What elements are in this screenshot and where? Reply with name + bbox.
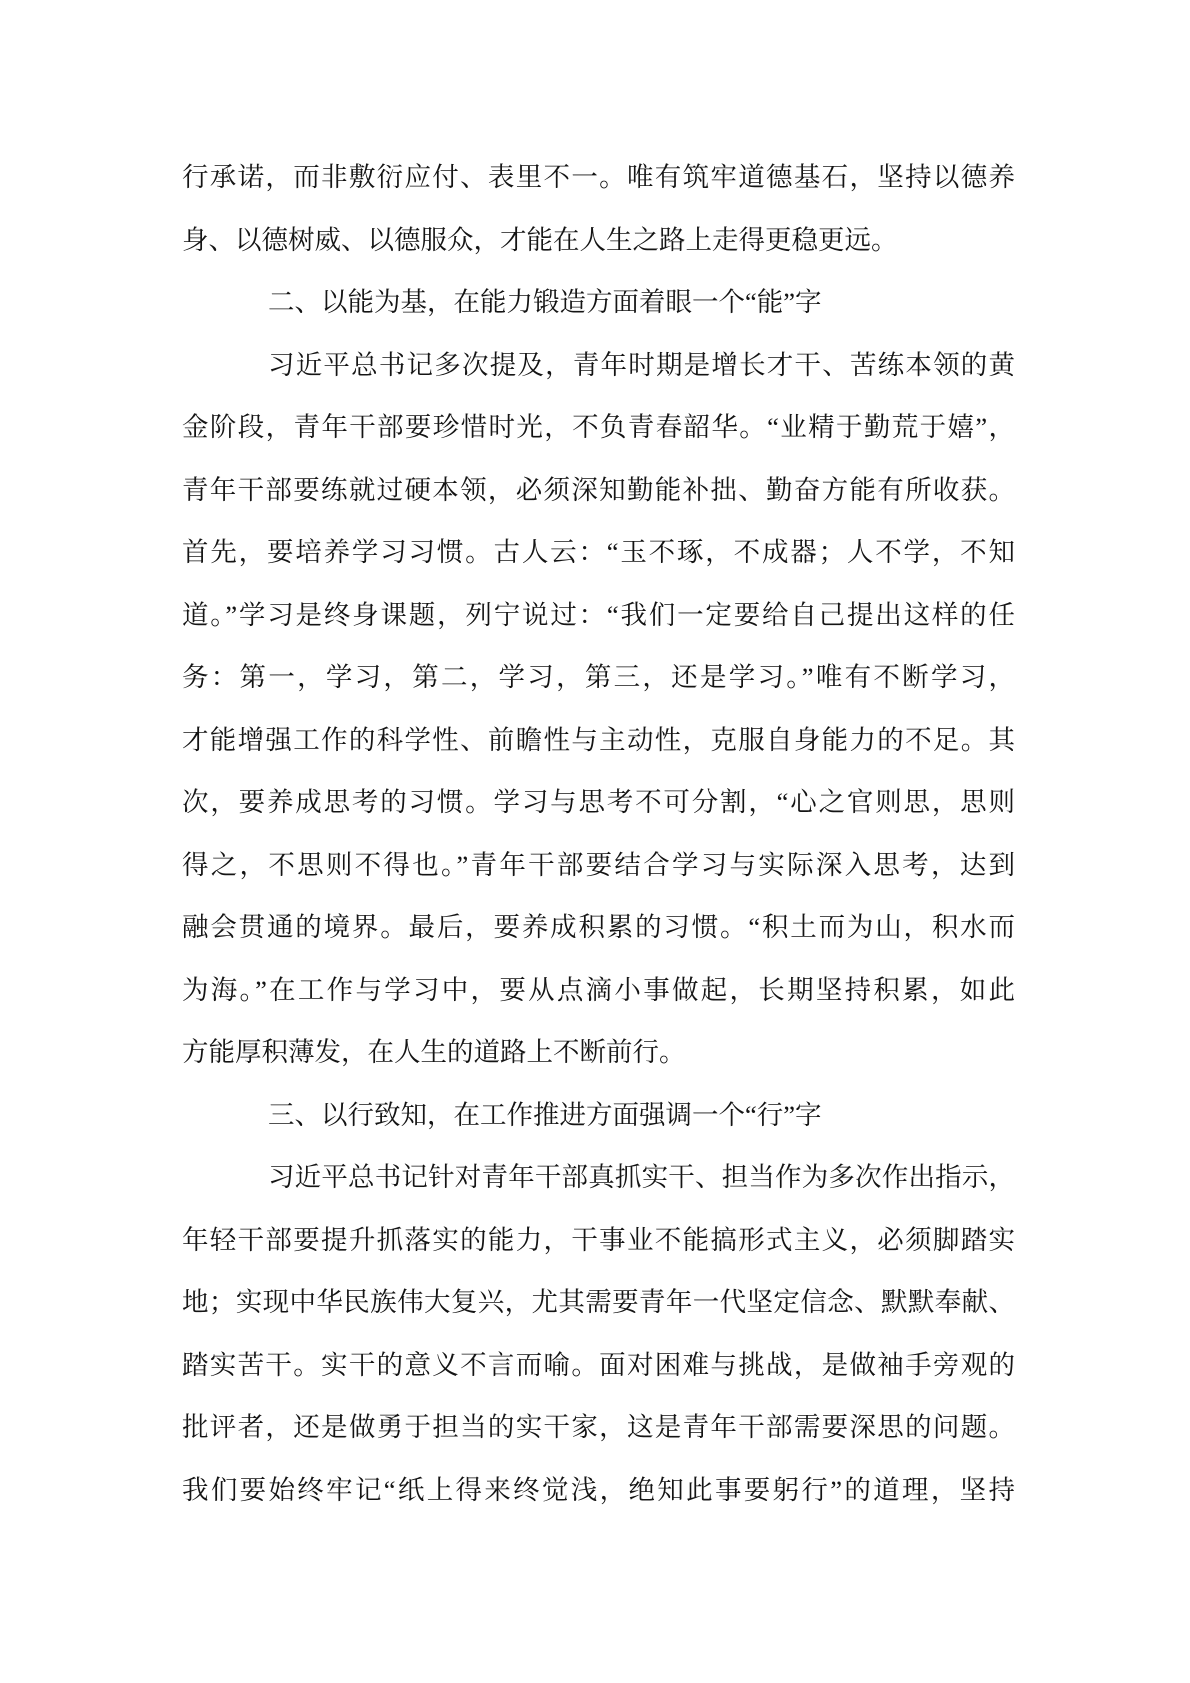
text-line: 次，要养成思考的习惯。学习与思考不可分割，“心之官则思，思则 [182, 771, 1015, 834]
text-line: 务：第一，学习，第二，学习，第三，还是学习。”唯有不断学习， [182, 646, 1015, 709]
text-line: 地；实现中华民族伟大复兴，尤其需要青年一代坚定信念、默默奉献、 [182, 1271, 1015, 1334]
text-line: 首先，要培养学习习惯。古人云：“玉不琢，不成器；人不学，不知 [182, 521, 1015, 584]
text-line: 行承诺，而非敷衍应付、表里不一。唯有筑牢道德基石，坚持以德养 [182, 146, 1015, 209]
section-heading: 三、以行致知，在工作推进方面强调一个“行”字 [182, 1084, 1015, 1147]
text-line: 才能增强工作的科学性、前瞻性与主动性，克服自身能力的不足。其 [182, 709, 1015, 772]
text-line: 为海。”在工作与学习中，要从点滴小事做起，长期坚持积累，如此 [182, 959, 1015, 1022]
document-text-block: 行承诺，而非敷衍应付、表里不一。唯有筑牢道德基石，坚持以德养 身、以德树威、以德… [182, 146, 1015, 1521]
text-line: 年轻干部要提升抓落实的能力，干事业不能搞形式主义，必须脚踏实 [182, 1209, 1015, 1272]
document-page: 行承诺，而非敷衍应付、表里不一。唯有筑牢道德基石，坚持以德养 身、以德树威、以德… [0, 0, 1190, 1683]
text-line: 道。”学习是终身课题，列宁说过：“我们一定要给自己提出这样的任 [182, 584, 1015, 647]
text-line: 方能厚积薄发，在人生的道路上不断前行。 [182, 1021, 1015, 1084]
text-line: 融会贯通的境界。最后，要养成积累的习惯。“积土而为山，积水而 [182, 896, 1015, 959]
text-line: 批评者，还是做勇于担当的实干家，这是青年干部需要深思的问题。 [182, 1396, 1015, 1459]
text-line: 得之，不思则不得也。”青年干部要结合学习与实际深入思考，达到 [182, 834, 1015, 897]
text-line: 我们要始终牢记“纸上得来终觉浅，绝知此事要躬行”的道理，坚持 [182, 1459, 1015, 1522]
text-line: 踏实苦干。实干的意义不言而喻。面对困难与挑战，是做袖手旁观的 [182, 1334, 1015, 1397]
section-heading: 二、以能为基，在能力锻造方面着眼一个“能”字 [182, 271, 1015, 334]
text-line: 身、以德树威、以德服众，才能在人生之路上走得更稳更远。 [182, 209, 1015, 272]
text-line: 青年干部要练就过硬本领，必须深知勤能补拙、勤奋方能有所收获。 [182, 459, 1015, 522]
text-line: 金阶段，青年干部要珍惜时光，不负青春韶华。“业精于勤荒于嬉”， [182, 396, 1015, 459]
text-line: 习近平总书记针对青年干部真抓实干、担当作为多次作出指示， [182, 1146, 1015, 1209]
text-line: 习近平总书记多次提及，青年时期是增长才干、苦练本领的黄 [182, 334, 1015, 397]
